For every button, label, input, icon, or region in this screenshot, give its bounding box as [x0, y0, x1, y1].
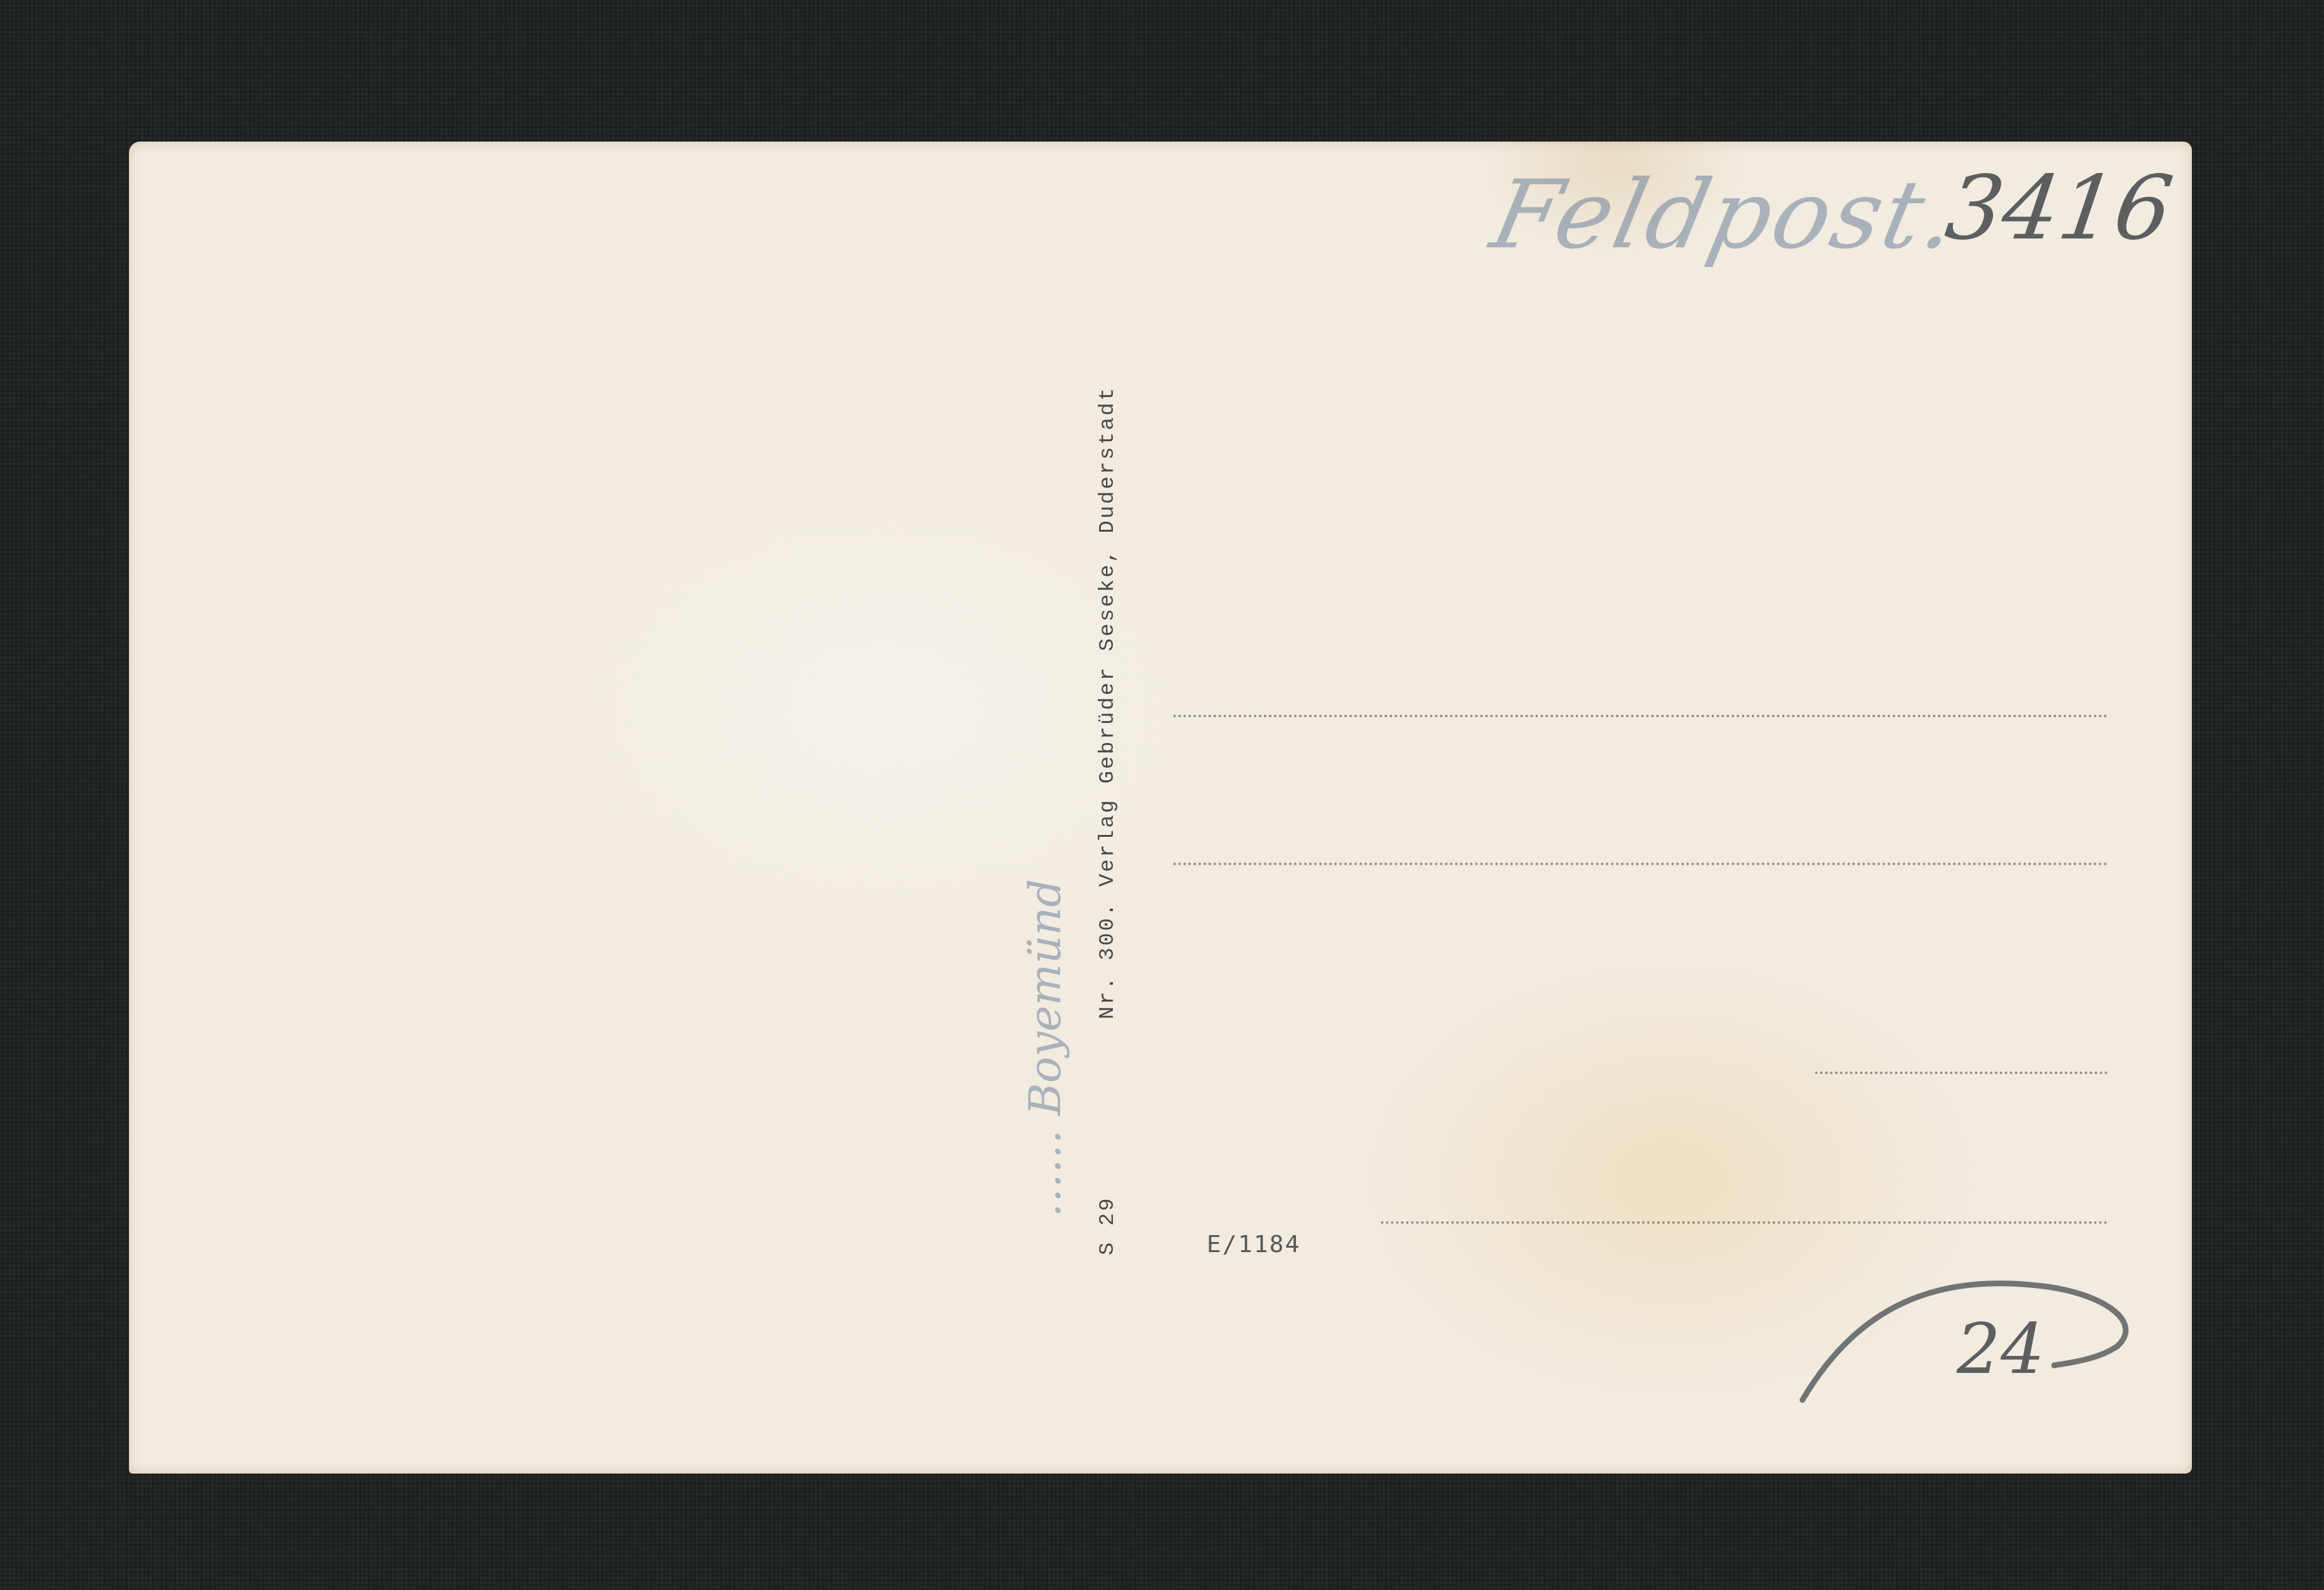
address-line-2: [1173, 863, 2108, 865]
pencil-arc-mark: [129, 142, 2192, 1474]
address-line-4: [1381, 1221, 2108, 1224]
address-line-3: [1815, 1072, 2108, 1074]
handwritten-feldpost: Feldpost.: [1483, 160, 1969, 270]
handwritten-number: 3416: [1940, 157, 2179, 260]
postcard-back: Feldpost. 3416 …… Boyemünd Nr. 300. Verl…: [129, 142, 2192, 1474]
printer-code: E/1184: [1207, 1230, 1300, 1258]
address-line-1: [1173, 715, 2108, 717]
pencil-number: 24: [1957, 1309, 2045, 1389]
handwritten-sender-note: …… Boyemünd: [1019, 879, 1071, 1218]
publisher-imprint: Nr. 300. Verlag Gebrüder Seseke, Duderst…: [1096, 386, 1120, 1019]
series-code: S 29: [1096, 1196, 1120, 1255]
